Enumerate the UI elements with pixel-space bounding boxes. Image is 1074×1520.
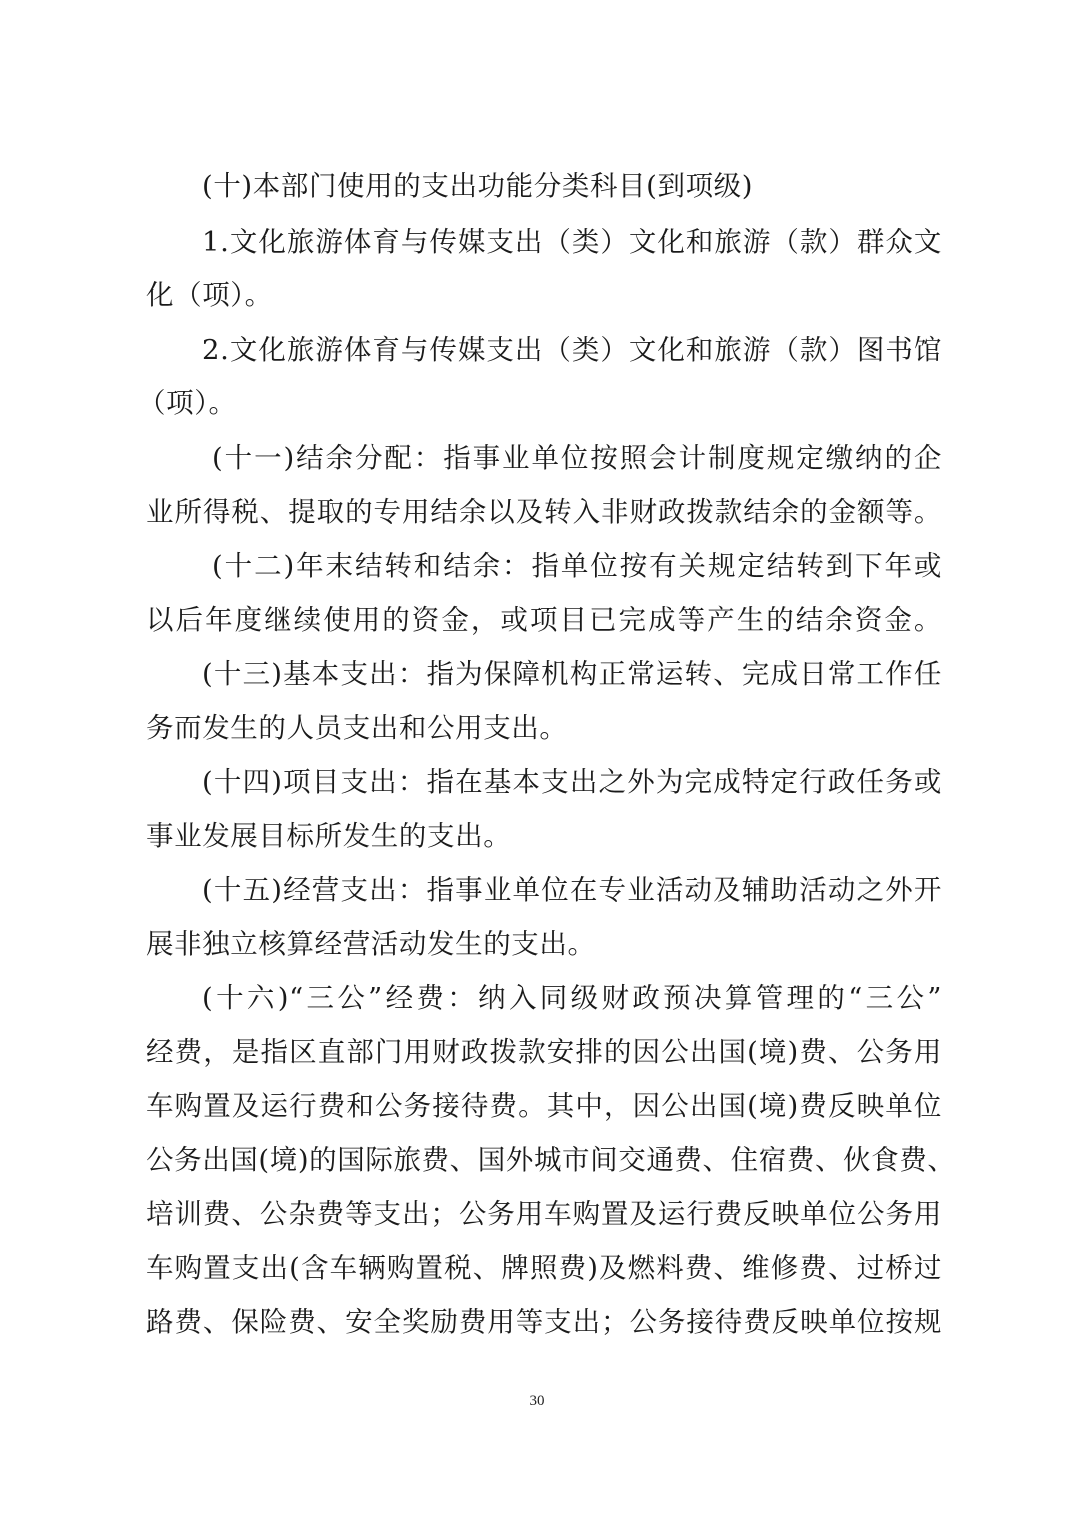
list-item-2-line-2: （项）。 xyxy=(138,383,942,423)
list-item-1-line-1: 1.文化旅游体育与传媒支出（类）文化和旅游（款）群众文 xyxy=(202,222,942,262)
paragraph-11-line-2: 业所得税、提取的专用结余以及转入非财政拨款结余的金额等。 xyxy=(146,492,942,532)
paragraph-15-line-1: (十五)经营支出：指事业单位在专业活动及辅助活动之外开 xyxy=(202,870,942,910)
paragraph-11-line-1: (十一)结余分配：指事业单位按照会计制度规定缴纳的企 xyxy=(212,438,942,478)
paragraph-12-line-1: (十二)年末结转和结余：指单位按有关规定结转到下年或 xyxy=(212,546,942,586)
paragraph-16-line-5: 培训费、公杂费等支出；公务用车购置及运行费反映单位公务用 xyxy=(146,1194,942,1234)
paragraph-14-line-2: 事业发展目标所发生的支出。 xyxy=(146,816,942,856)
paragraph-16-line-2: 经费，是指区直部门用财政拨款安排的因公出国(境)费、公务用 xyxy=(146,1032,942,1072)
list-item-1-line-2: 化（项）。 xyxy=(146,275,942,315)
paragraph-16-line-4: 公务出国(境)的国际旅费、国外城市间交通费、住宿费、伙食费、 xyxy=(146,1140,942,1180)
page-number: 30 xyxy=(0,1393,1074,1410)
section-heading-10: (十)本部门使用的支出功能分类科目(到项级) xyxy=(202,166,942,206)
paragraph-15-line-2: 展非独立核算经营活动发生的支出。 xyxy=(146,924,942,964)
paragraph-16-line-1: (十六)“三公”经费：纳入同级财政预决算管理的“三公” xyxy=(202,978,942,1018)
paragraph-16-line-7: 路费、保险费、安全奖励费用等支出；公务接待费反映单位按规 xyxy=(146,1302,942,1342)
paragraph-13-line-1: (十三)基本支出：指为保障机构正常运转、完成日常工作任 xyxy=(202,654,942,694)
paragraph-14-line-1: (十四)项目支出：指在基本支出之外为完成特定行政任务或 xyxy=(202,762,942,802)
paragraph-12-line-2: 以后年度继续使用的资金，或项目已完成等产生的结余资金。 xyxy=(146,600,942,640)
paragraph-16-line-6: 车购置支出(含车辆购置税、牌照费)及燃料费、维修费、过桥过 xyxy=(146,1248,942,1288)
document-page: (十)本部门使用的支出功能分类科目(到项级) 1.文化旅游体育与传媒支出（类）文… xyxy=(0,0,1074,1520)
paragraph-16-line-3: 车购置及运行费和公务接待费。其中，因公出国(境)费反映单位 xyxy=(146,1086,942,1126)
list-item-2-line-1: 2.文化旅游体育与传媒支出（类）文化和旅游（款）图书馆 xyxy=(202,330,942,370)
paragraph-13-line-2: 务而发生的人员支出和公用支出。 xyxy=(146,708,942,748)
